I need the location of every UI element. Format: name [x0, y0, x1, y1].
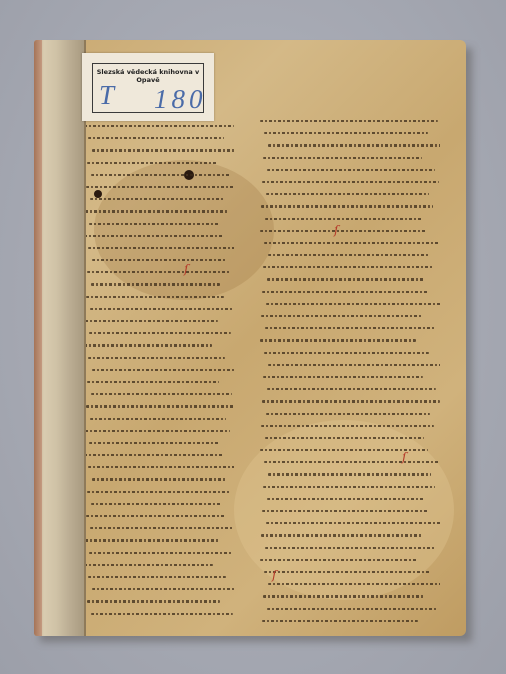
manuscript-line [88, 466, 234, 468]
manuscript-line [260, 559, 417, 561]
manuscript-line [264, 242, 440, 244]
manuscript-line [91, 393, 232, 395]
manuscript-line [262, 510, 429, 512]
manuscript-line [90, 527, 234, 529]
manuscript-line [261, 425, 434, 427]
manuscript-line [260, 339, 416, 341]
manuscript-line [261, 205, 433, 207]
manuscript-line [263, 486, 435, 488]
manuscript-line [264, 461, 440, 463]
manuscript-line [85, 430, 230, 432]
manuscript-line [89, 223, 219, 225]
book-cover: ſ ſ ſ ſ Slezská vědecká knihovna v Opavě… [34, 40, 466, 636]
manuscript-line [92, 369, 234, 371]
manuscript-line [268, 144, 440, 146]
manuscript-line [87, 491, 231, 493]
rubric-mark: ſ [402, 450, 406, 464]
manuscript-line [262, 181, 439, 183]
manuscript-line [268, 254, 430, 256]
call-number-digits: 180 [154, 84, 207, 115]
manuscript-line [85, 539, 219, 541]
manuscript-line [86, 405, 234, 407]
manuscript-line [265, 218, 423, 220]
manuscript-line [260, 230, 427, 232]
manuscript-line [88, 357, 225, 359]
manuscript-line [263, 157, 422, 159]
manuscript-line [263, 376, 423, 378]
manuscript-line [84, 564, 213, 566]
manuscript-line [84, 344, 212, 346]
manuscript-line [86, 515, 225, 517]
manuscript-line [86, 186, 234, 188]
manuscript-line [265, 327, 435, 329]
manuscript-line [264, 352, 429, 354]
manuscript-line [88, 137, 224, 139]
manuscript-line [89, 552, 232, 554]
manuscript-line [92, 478, 227, 480]
rubric-mark: ſ [184, 262, 188, 276]
manuscript-line [264, 132, 428, 134]
manuscript-line [264, 571, 430, 573]
manuscript-line [89, 332, 231, 334]
manuscript-line [266, 413, 430, 415]
manuscript-column-right [260, 120, 440, 630]
manuscript-line [268, 473, 431, 475]
manuscript-line [267, 608, 437, 610]
manuscript-line [84, 454, 224, 456]
manuscript-line [90, 418, 226, 420]
rubric-mark: ſ [272, 568, 276, 582]
manuscript-line [266, 522, 440, 524]
manuscript-line [92, 259, 226, 261]
call-number-letter: T [99, 80, 118, 111]
manuscript-line [267, 278, 424, 280]
manuscript-line [262, 291, 428, 293]
book-spine [34, 40, 86, 636]
manuscript-line [261, 534, 423, 536]
manuscript-line [89, 442, 220, 444]
manuscript-line [261, 315, 422, 317]
manuscript-line [262, 400, 440, 402]
manuscript-line [92, 149, 234, 151]
manuscript-line [88, 247, 234, 249]
manuscript-line [267, 388, 436, 390]
manuscript-line [90, 308, 234, 310]
manuscript-line [87, 162, 218, 164]
manuscript-line [90, 198, 225, 200]
manuscript-line [87, 271, 230, 273]
manuscript-line [265, 547, 436, 549]
spine-edge [34, 40, 42, 636]
manuscript-line [88, 576, 226, 578]
manuscript-column-left [84, 125, 234, 630]
label-frame: Slezská vědecká knihovna v Opavě T 180 [92, 63, 204, 113]
manuscript-line [263, 595, 424, 597]
manuscript-line [84, 125, 234, 127]
manuscript-line [260, 120, 438, 122]
manuscript-line [84, 235, 223, 237]
manuscript-line [267, 498, 425, 500]
manuscript-line [263, 266, 434, 268]
manuscript-line [268, 583, 440, 585]
manuscript-line [87, 381, 219, 383]
manuscript-line [86, 296, 224, 298]
manuscript-line [266, 303, 440, 305]
manuscript-line [266, 193, 429, 195]
rubric-mark: ſ [334, 223, 338, 237]
manuscript-line [92, 588, 234, 590]
manuscript-line [85, 210, 229, 212]
manuscript-line [91, 283, 220, 285]
manuscript-line [91, 174, 231, 176]
manuscript-line [87, 600, 220, 602]
manuscript-line [262, 620, 418, 622]
manuscript-line [268, 364, 440, 366]
manuscript-line [265, 437, 424, 439]
manuscript-line [91, 613, 233, 615]
manuscript-line [267, 169, 435, 171]
library-label: Slezská vědecká knihovna v Opavě T 180 [82, 53, 214, 121]
manuscript-line [85, 320, 218, 322]
manuscript-line [91, 503, 221, 505]
